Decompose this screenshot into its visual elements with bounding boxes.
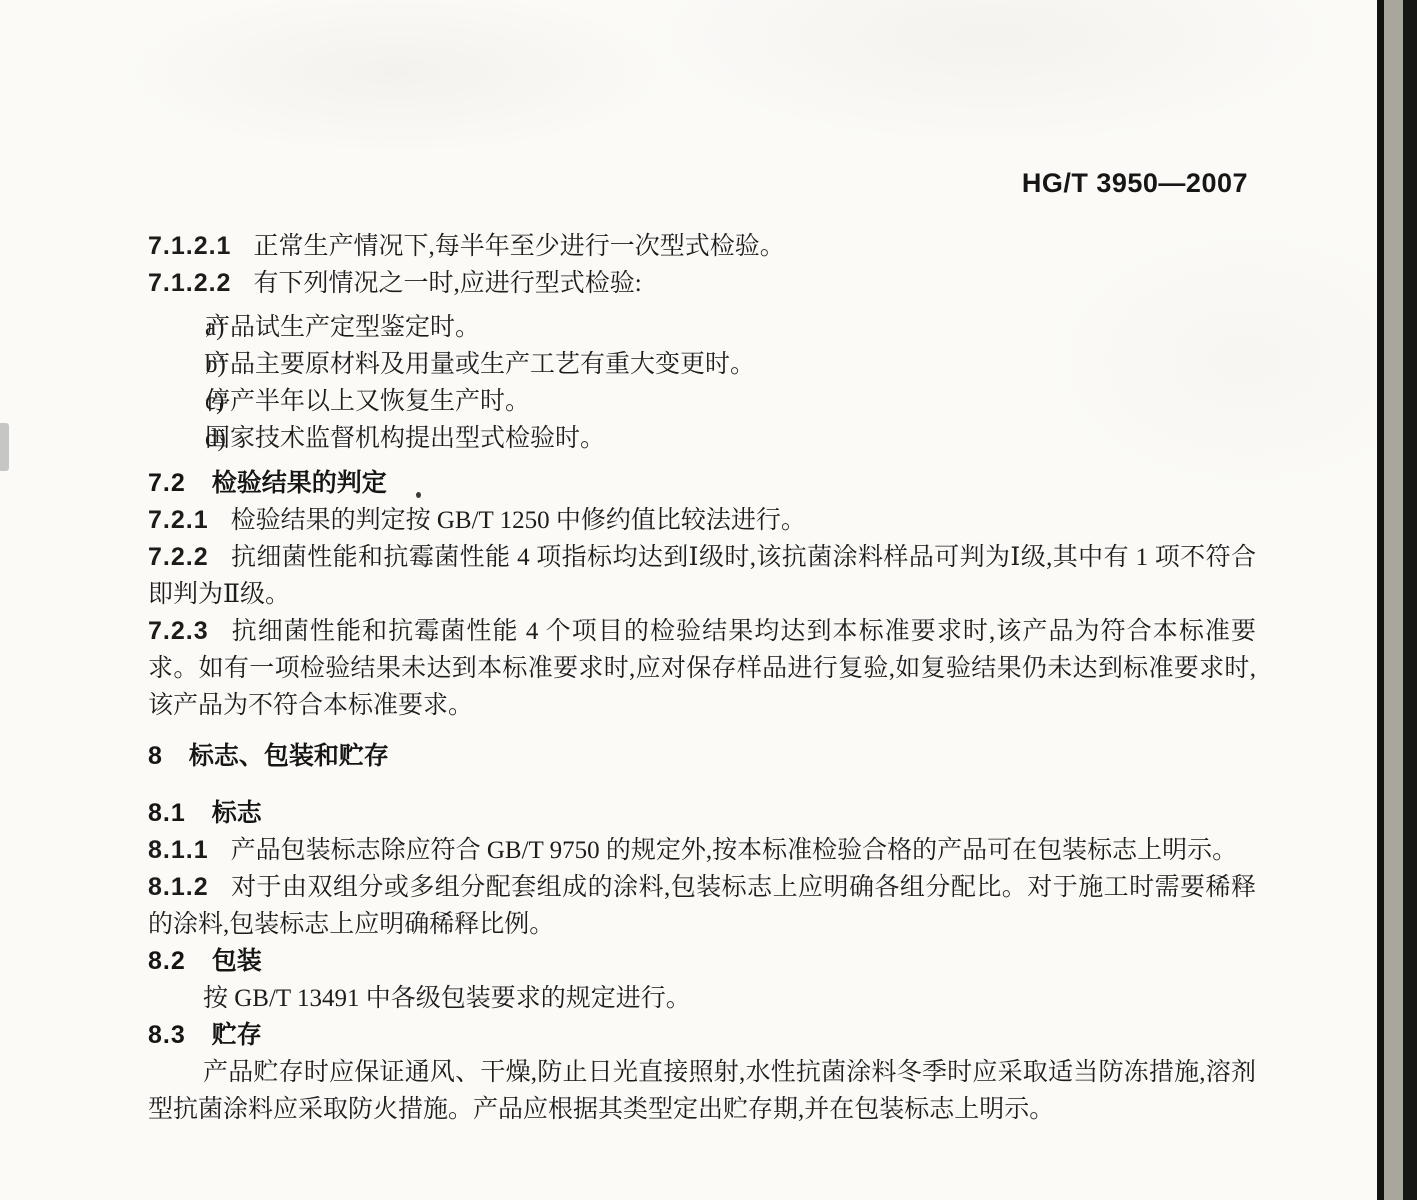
scanned-document-page: HG/T 3950—2007 7.1.2.1正常生产情况下,每半年至少进行一次型… — [0, 0, 1417, 1200]
scan-spine-edge — [1377, 0, 1417, 1200]
heading-number: 8 — [148, 742, 163, 770]
clause-text: 对于由双组分或多组分配套组成的涂料,包装标志上应明确各组分配比。对于施工时需要稀… — [148, 874, 1256, 938]
clause-number: 7.2.2 — [148, 543, 209, 571]
heading-title: 标志 — [212, 799, 262, 827]
clause-number: 7.1.2.2 — [148, 269, 231, 297]
clause-number: 8.1.2 — [148, 873, 209, 901]
clause-text: 抗细菌性能和抗霉菌性能 4 个项目的检验结果均达到本标准要求时,该产品为符合本标… — [148, 618, 1256, 719]
heading-8-3: 8.3贮存 — [148, 1017, 1256, 1054]
standard-number: HG/T 3950—2007 — [1022, 168, 1248, 199]
list-item-label: b) — [148, 346, 205, 383]
spine-tan-strip — [1384, 0, 1403, 1200]
heading-7-2: 7.2检验结果的判定 — [148, 465, 1256, 502]
document-body: 7.1.2.1正常生产情况下,每半年至少进行一次型式检验。 7.1.2.2有下列… — [148, 228, 1256, 1128]
heading-number: 8.3 — [148, 1021, 186, 1049]
heading-8-2: 8.2包装 — [148, 943, 1256, 980]
list-item-label: c) — [148, 383, 205, 420]
para-8-3: 产品贮存时应保证通风、干燥,防止日光直接照射,水性抗菌涂料冬季时应采取适当防冻措… — [148, 1054, 1256, 1128]
list-item-label: d) — [148, 420, 205, 457]
type-test-condition-list: a)产品试生产定型鉴定时。 b)产品主要原材料及用量或生产工艺有重大变更时。 c… — [148, 309, 1256, 457]
clause-7-1-2-2: 7.1.2.2有下列情况之一时,应进行型式检验: — [148, 265, 1256, 302]
clause-7-1-2-1: 7.1.2.1正常生产情况下,每半年至少进行一次型式检验。 — [148, 228, 1256, 265]
clause-number: 7.1.2.1 — [148, 232, 231, 260]
clause-text: 抗细菌性能和抗霉菌性能 4 项指标均达到Ⅰ级时,该抗菌涂料样品可判为Ⅰ级,其中有… — [148, 544, 1256, 608]
clause-number: 8.1.1 — [148, 836, 209, 864]
heading-number: 8.1 — [148, 799, 186, 827]
clause-7-2-2: 7.2.2抗细菌性能和抗霉菌性能 4 项指标均达到Ⅰ级时,该抗菌涂料样品可判为Ⅰ… — [148, 539, 1256, 613]
list-item-text: 国家技术监督机构提出型式检验时。 — [205, 420, 605, 457]
clause-text: 检验结果的判定按 GB/T 1250 中修约值比较法进行。 — [231, 507, 806, 534]
clause-text: 有下列情况之一时,应进行型式检验: — [253, 270, 641, 297]
clause-text: 正常生产情况下,每半年至少进行一次型式检验。 — [253, 233, 784, 260]
clause-number: 7.2.1 — [148, 506, 209, 534]
list-item: d)国家技术监督机构提出型式检验时。 — [148, 420, 1256, 457]
clause-number: 7.2.3 — [148, 617, 209, 645]
list-item-text: 产品主要原材料及用量或生产工艺有重大变更时。 — [205, 346, 755, 383]
list-item: b)产品主要原材料及用量或生产工艺有重大变更时。 — [148, 346, 1256, 383]
clause-8-1-1: 8.1.1产品包装标志除应符合 GB/T 9750 的规定外,按本标准检验合格的… — [148, 832, 1256, 869]
clause-7-2-1: 7.2.1检验结果的判定按 GB/T 1250 中修约值比较法进行。 — [148, 502, 1256, 539]
clause-text: 产品包装标志除应符合 GB/T 9750 的规定外,按本标准检验合格的产品可在包… — [231, 837, 1238, 864]
heading-number: 8.2 — [148, 947, 186, 975]
scan-artifact-left-tab — [0, 423, 9, 471]
heading-title: 包装 — [212, 947, 262, 975]
heading-title: 检验结果的判定 — [212, 469, 387, 497]
list-item-text: 停产半年以上又恢复生产时。 — [205, 383, 530, 420]
para-8-2: 按 GB/T 13491 中各级包装要求的规定进行。 — [148, 980, 1256, 1017]
heading-8-1: 8.1标志 — [148, 795, 1256, 832]
list-item: c)停产半年以上又恢复生产时。 — [148, 383, 1256, 420]
clause-8-1-2: 8.1.2对于由双组分或多组分配套组成的涂料,包装标志上应明确各组分配比。对于施… — [148, 869, 1256, 943]
clause-7-2-3: 7.2.3抗细菌性能和抗霉菌性能 4 个项目的检验结果均达到本标准要求时,该产品… — [148, 613, 1256, 724]
heading-number: 7.2 — [148, 469, 186, 497]
list-item-label: a) — [148, 309, 205, 346]
list-item: a)产品试生产定型鉴定时。 — [148, 309, 1256, 346]
heading-title: 标志、包装和贮存 — [189, 742, 389, 770]
spine-black-line-outer — [1403, 0, 1417, 1200]
heading-title: 贮存 — [212, 1021, 262, 1049]
spine-black-line-inner — [1377, 0, 1384, 1200]
list-item-text: 产品试生产定型鉴定时。 — [205, 309, 480, 346]
heading-8: 8标志、包装和贮存 — [148, 738, 1256, 775]
